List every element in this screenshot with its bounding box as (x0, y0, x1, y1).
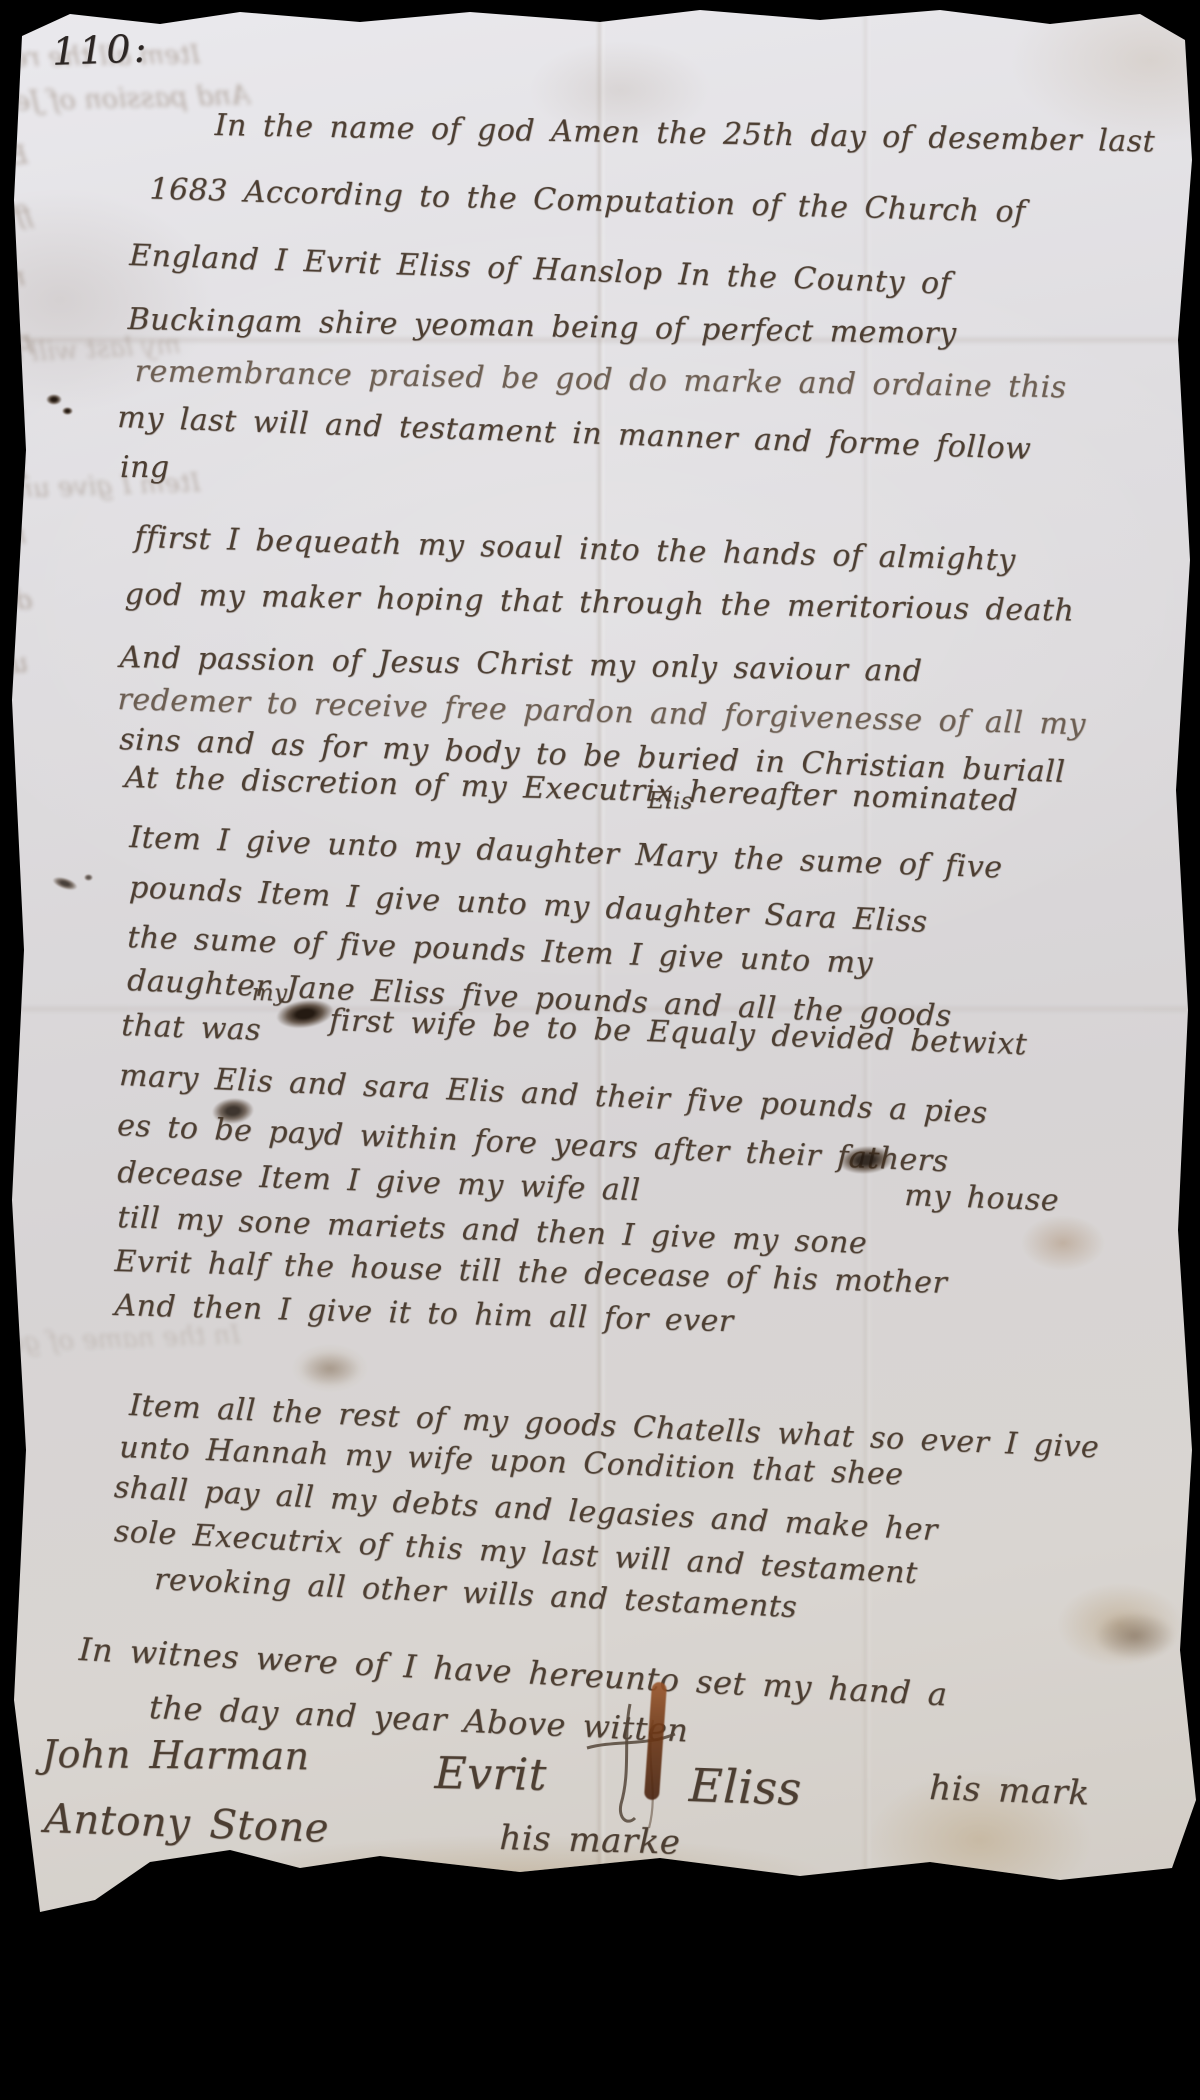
interlinear-insertion: my (252, 980, 288, 1007)
paper: Item all the rest of my goods Chatells w… (0, 0, 1200, 2100)
witness-signature: Antony Stone (43, 1796, 329, 1852)
testator-signature-given: Evrit (434, 1748, 547, 1801)
manuscript-line: And then I give it to him all for ever (114, 1288, 734, 1339)
manuscript-line: Buckingam shire yeoman being of perfect … (127, 302, 957, 351)
manuscript-line: decease Item I give my wife all (117, 1155, 641, 1208)
manuscript-line: my house (904, 1178, 1060, 1218)
testator-mark-caption: his mark (929, 1768, 1091, 1814)
manuscript-line: ffirst I bequeath my soaul into the hand… (134, 520, 1016, 578)
manuscript-line: my last will and testament in manner and… (117, 400, 1032, 467)
manuscript-line: ing (120, 450, 170, 485)
photograph-canvas: Item all the rest of my goods Chatells w… (0, 0, 1200, 2100)
bleedthrough-text: redemer to receive free pardon and forgi… (0, 520, 28, 571)
manuscript-line: that was (121, 1008, 262, 1048)
bleedthrough-text: shall pay all my debts and legasies and … (0, 390, 25, 436)
interlinear-insertion: Elis (648, 788, 694, 815)
manuscript-line: England I Evrit Eliss of Hanslop In the … (129, 238, 952, 302)
bleedthrough-text: 1683 According to the Computation of the… (0, 455, 32, 502)
bleedthrough-text: pounds Item I give unto my daughter Sara… (0, 325, 35, 376)
ink-speck (62, 407, 73, 415)
bleedthrough-text: In the name of god Amen the 25th day of … (0, 1320, 241, 1367)
manuscript-line: 1683 According to the Computation of the… (149, 172, 1026, 230)
folio-number: 110: (51, 26, 150, 73)
manuscript-line: In the name of god Amen the 25th day of … (214, 108, 1155, 159)
bleedthrough-text: unto Hannah my wife upon Condition that … (0, 648, 30, 695)
bleedthrough-text: And passion of Jesus Christ my only savi… (0, 80, 251, 129)
ink-speck (84, 874, 93, 881)
ink-speck (51, 874, 79, 892)
manuscript-line: And passion of Jesus Christ my only savi… (119, 640, 922, 689)
testator-signature-surname: Eliss (688, 1758, 803, 1816)
ink-speck (46, 394, 62, 405)
testator-mark-icon (575, 1700, 695, 1840)
bleedthrough-text: daughter Jane Eliss five pounds and all … (0, 585, 33, 628)
smudge-stain (300, 1352, 360, 1386)
smudge-stain (1095, 1612, 1175, 1660)
witness-signature: John Harman (42, 1732, 310, 1778)
bleedthrough-text: England I Evrit Eliss of Hanslop In the … (0, 140, 29, 186)
bleedthrough-text: ffirst I bequeath my soaul into the hand… (0, 200, 34, 249)
bleedthrough-text: Item I give unto my daughter Mary the su… (0, 468, 201, 520)
bleedthrough-text: remembrance praised be god do marke and … (0, 262, 27, 305)
